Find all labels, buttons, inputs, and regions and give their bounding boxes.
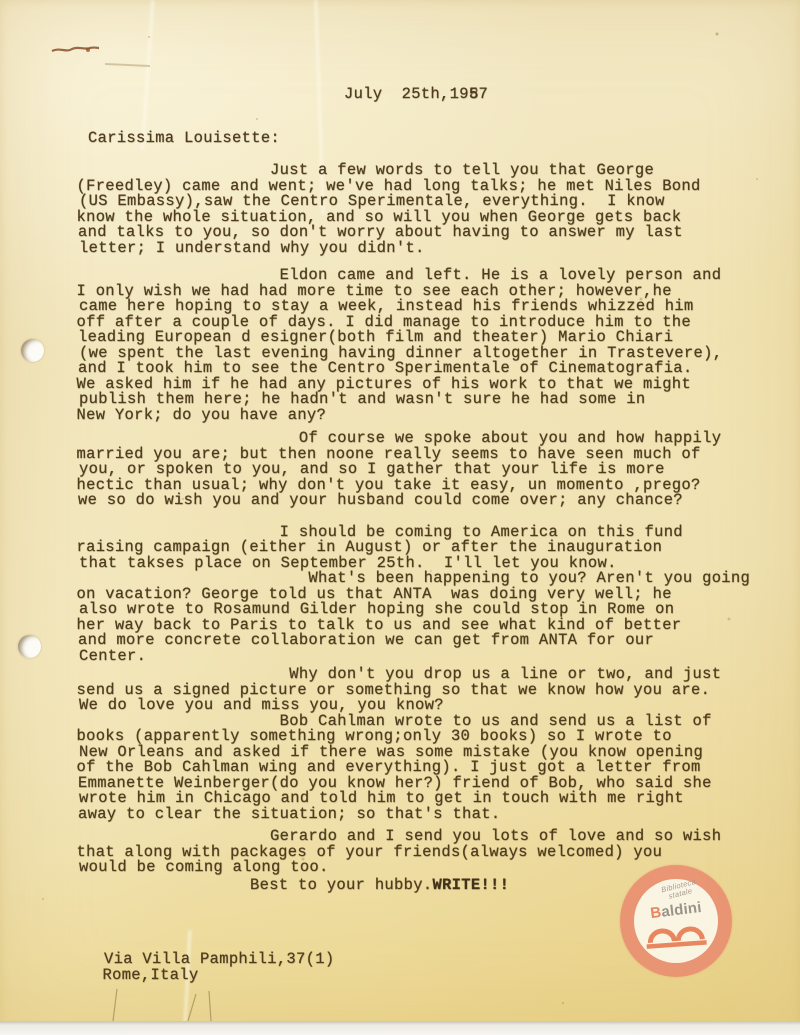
salutation: Carissima Louisette: xyxy=(88,129,280,147)
hole-punch-top xyxy=(21,339,44,362)
paragraph: Why don't you drop us a line or two, and… xyxy=(78,667,788,714)
closing-emphasis: WRITE!!! xyxy=(432,876,509,894)
typed-line: that takses place on September 25th. I'l… xyxy=(79,556,789,572)
date-overstrike: 58 xyxy=(469,85,479,103)
paragraph: Of course we spoke about you and how hap… xyxy=(78,431,788,509)
paragraph: I should be coming to America on this fu… xyxy=(78,525,788,572)
sender-address: Via Villa Pamphili,37(1)Rome,Italy xyxy=(104,952,334,983)
ink-blob xyxy=(86,48,90,52)
library-stamp: Bibliotecastatale Baldini xyxy=(620,865,732,977)
scanner-edge xyxy=(0,1021,800,1035)
letter-date: July 25th,19587 xyxy=(344,85,488,103)
ink-smudge xyxy=(105,64,150,66)
letter-body: Just a few words to tell you that George… xyxy=(78,163,788,893)
date-prefix: July 25th,19 xyxy=(344,85,469,103)
paragraph: Just a few words to tell you that George… xyxy=(78,163,788,256)
hole-punch-bottom xyxy=(18,635,41,658)
typed-line: off after a couple of days. I did manage… xyxy=(77,315,787,331)
ink-scribble xyxy=(52,48,99,51)
typed-line: her way back to Paris to talk to us and … xyxy=(77,618,787,634)
date-suffix: 7 xyxy=(478,85,488,103)
address-line: Rome,Italy xyxy=(103,968,333,984)
typed-line: and more concrete collaboration we can g… xyxy=(78,633,788,649)
typed-line: wrote him in Chicago and told him to get… xyxy=(79,791,789,807)
paragraph: Bob Cahlman wrote to us and send us a li… xyxy=(78,714,788,823)
paragraph: Eldon came and left. He is a lovely pers… xyxy=(78,268,788,423)
typed-line: letter; I understand why you didn't. xyxy=(79,241,789,257)
open-book-icon xyxy=(642,919,710,952)
typed-line: we so do wish you and your husband could… xyxy=(78,493,788,509)
pencil-marks xyxy=(113,989,211,1021)
letter-page: July 25th,19587 Carissima Louisette: Jus… xyxy=(0,0,800,1035)
typed-line: We do love you and miss you, you know? xyxy=(79,698,789,714)
closing-text: Best to your hubby. xyxy=(250,876,432,894)
paragraph: What's been happening to you? Aren't you… xyxy=(78,571,788,664)
typed-line: Center. xyxy=(79,649,789,665)
date-overstrike-bottom: 8 xyxy=(469,85,479,103)
typed-line: know the whole situation, and so will yo… xyxy=(77,210,787,226)
typed-line: New York; do you have any? xyxy=(77,408,787,424)
typed-line: (we spent the last evening having dinner… xyxy=(79,346,789,362)
typed-line: of the Bob Cahlman wing and everything).… xyxy=(77,760,787,776)
typed-line: hectic than usual; why don't you take it… xyxy=(77,478,787,494)
paragraphs: Just a few words to tell you that George… xyxy=(78,163,788,876)
typed-line: away to clear the situation; so that's t… xyxy=(78,807,788,823)
